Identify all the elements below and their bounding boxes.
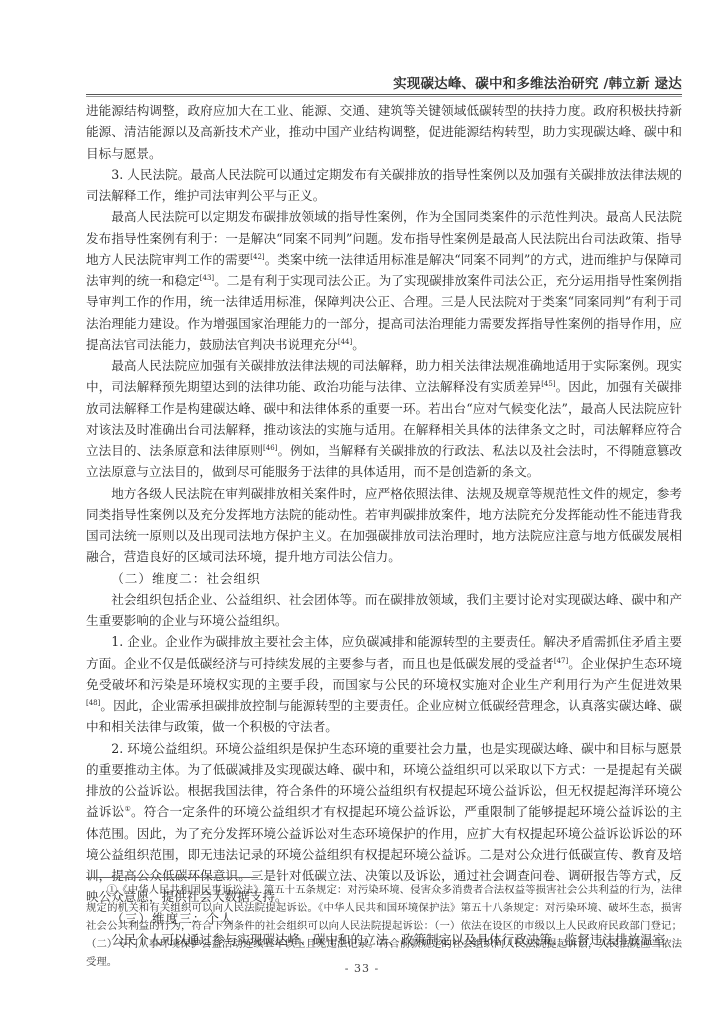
paragraph-social-org-intro: 社会组织包括企业、公益组织、社会团体等。而在碳排放领域，我们主要讨论对实现碳达峰…: [86, 589, 682, 632]
running-header: 实现碳达峰、碳中和多维法治研究 /韩立新 逯达: [86, 72, 682, 94]
paragraph-enterprises: 1. 企业。企业作为碳排放主要社会主体，应负碳减排和能源转型的主要责任。解决矛盾…: [86, 631, 682, 737]
citation-42: [42]: [250, 253, 264, 261]
section-heading-social-organizations: （二）维度二：社会组织: [86, 568, 682, 589]
footnote-rule: [86, 877, 258, 878]
article-body: 进能源结构调整，政府应加大在工业、能源、交通、建筑等关键领域低碳转型的扶持力度。…: [86, 100, 682, 950]
citation-44: [44]: [338, 338, 352, 346]
paragraph-local-courts: 地方各级人民法院在审判碳排放相关案件时，应严格依照法律、法规及规章等规范性文件的…: [86, 483, 682, 568]
citation-43: [43]: [200, 274, 214, 282]
paragraph-people-court: 3. 人民法院。最高人民法院可以通过定期发布有关碳排放的指导性案例以及加强有关碳…: [86, 164, 682, 207]
paragraph-continuation: 进能源结构调整，政府应加大在工业、能源、交通、建筑等关键领域低碳转型的扶持力度。…: [86, 100, 682, 164]
citation-45: [45]: [541, 380, 555, 388]
paragraph-guiding-cases: 最高人民法院可以定期发布碳排放领域的指导性案例，作为全国同类案件的示范性判决。最…: [86, 206, 682, 355]
page-number: - 33 -: [0, 962, 724, 975]
paragraph-judicial-interpretation: 最高人民法院应加强有关碳排放法律法规的司法解释，助力相关法律法规准确地适用于实际…: [86, 355, 682, 483]
citation-47: [47]: [554, 657, 568, 665]
footnote-1: ①《中华人民共和国民事诉讼法》第五十五条规定：对污染环境、侵害众多消费者合法权益…: [86, 881, 682, 971]
citation-46: [46]: [263, 444, 277, 452]
citation-48: [48]: [86, 699, 100, 707]
header-rule: [86, 94, 682, 97]
